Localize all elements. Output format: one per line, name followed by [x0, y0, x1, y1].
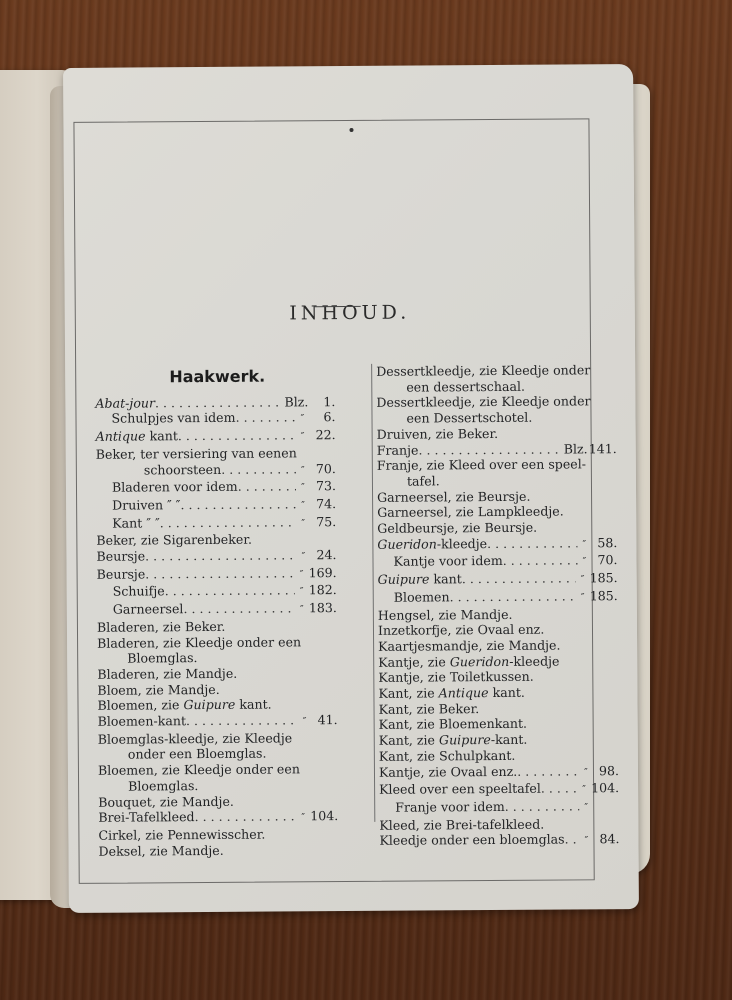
index-column-left: Haakwerk. Abat-jourBlz.1.Schulpjes van i… — [95, 364, 338, 859]
entry-label: onder een Bloemglas. — [128, 746, 267, 763]
index-entry: Bloemen, zie Guipure kant. — [97, 696, 337, 713]
index-entry: Kantje, zie Toiletkussen. — [378, 668, 618, 685]
page-prefix: ″ — [576, 572, 590, 588]
index-entry: Kant, zie Beker. — [378, 700, 618, 717]
page-prefix: Blz. — [283, 394, 309, 410]
entry-label: Beker, zie Sigarenbeker. — [96, 532, 252, 549]
entry-label: Inzetkorfje, zie Ovaal enz. — [378, 622, 544, 639]
entry-label: Dessertkleedje, zie Kleedje onder — [376, 394, 590, 411]
index-entry: Bladeren voor idem″73. — [96, 478, 336, 497]
entry-label: Kantje voor idem — [393, 553, 502, 569]
page-prefix: ″ — [296, 463, 310, 479]
index-entry: Beker, zie Sigarenbeker. — [96, 531, 336, 548]
page-number: 75. — [310, 514, 336, 530]
entry-label: Franje — [377, 442, 419, 458]
entry-label: Bloemglas. — [128, 778, 198, 794]
dot-leader — [565, 832, 580, 848]
dot-leader — [541, 781, 577, 797]
index-entry: Kant ″ ″″75. — [96, 514, 336, 533]
page-number: 41. — [312, 712, 338, 728]
entry-label: Garneersel, zie Beursje. — [377, 488, 530, 505]
entry-label: Bloemen, zie Kleedje onder een — [98, 762, 300, 779]
page-prefix: ″ — [298, 714, 312, 730]
dot-leader — [487, 535, 577, 551]
index-entry: een dessertschaal. — [376, 378, 616, 395]
page-title: INHOUD. — [65, 300, 635, 326]
entry-label: Hengsel, zie Mandje. — [378, 606, 513, 623]
dot-leader — [145, 547, 296, 564]
index-entry: een Dessertschotel. — [376, 409, 616, 426]
index-entry: Dessertkleedje, zie Kleedje onder — [376, 362, 616, 379]
entry-label: Bloemen-kant — [98, 713, 186, 729]
page-number: 104. — [310, 808, 338, 824]
entry-label: Beursje — [97, 566, 146, 582]
index-entry: Kant, zie Schulpkant. — [379, 747, 619, 764]
dot-leader — [186, 712, 298, 728]
page-prefix: ″ — [295, 412, 309, 428]
page-prefix: ″ — [577, 555, 591, 571]
entry-label: Druiven, zie Beker. — [377, 426, 499, 443]
entry-label: Bladeren, zie Mandje. — [97, 666, 237, 683]
index-entry: Kant, zie Bloemenkant. — [379, 716, 619, 733]
page-prefix: ″ — [296, 481, 310, 497]
entry-label: Kant, zie Bloemenkant. — [379, 716, 527, 733]
page-number: 182. — [309, 583, 337, 599]
dot-leader — [195, 809, 297, 825]
index-entry: Kleed over een speeltafel″104. — [379, 780, 619, 799]
entry-label: Beursje — [96, 548, 145, 564]
dot-leader — [155, 394, 283, 411]
index-entry: Kant, zie Guipure-kant. — [379, 731, 619, 748]
index-entry: Beursje″24. — [96, 547, 336, 566]
entry-label: Kant, zie Antique kant. — [378, 685, 525, 702]
dot-leader — [145, 565, 294, 582]
index-entry: Druiven, zie Beker. — [377, 425, 617, 442]
dot-leader — [462, 571, 576, 587]
index-entry: schoorsteen″70. — [96, 461, 336, 480]
entry-label: Kant ″ ″ — [112, 515, 160, 531]
index-entry: onder een Bloemglas. — [98, 746, 338, 763]
dot-leader — [505, 798, 580, 814]
entry-label: schoorsteen — [144, 461, 221, 477]
entry-label: Beker, ter versiering van eenen — [96, 445, 297, 462]
index-entry: Bouquet, zie Mandje. — [98, 793, 338, 810]
index-entry: Bladeren, zie Beker. — [97, 618, 337, 635]
index-entry: Kleedje onder een bloemglas″84. — [379, 832, 619, 851]
entry-label: Brei-Tafelkleed — [98, 809, 194, 825]
index-entry: tafel. — [377, 472, 617, 489]
index-entry: Bloem, zie Mandje. — [97, 681, 337, 698]
index-entry: Franje voor idem″ — [379, 798, 619, 817]
index-entry: Bloemglas. — [98, 777, 338, 794]
entry-label: Bladeren, zie Beker. — [97, 619, 226, 636]
page-prefix: ″ — [296, 811, 310, 827]
index-entry: FranjeBlz.141. — [377, 441, 617, 458]
entry-label: Bloem, zie Mandje. — [97, 682, 219, 699]
dot-leader — [503, 553, 578, 569]
index-entry: Dessertkleedje, zie Kleedje onder — [376, 394, 616, 411]
entry-label: Schuifje — [113, 584, 165, 600]
entry-label: Bladeren, zie Kleedje onder een — [97, 634, 301, 651]
page-prefix: Blz. — [563, 441, 589, 457]
page-prefix: ″ — [295, 585, 309, 601]
index-entry: Kantje, zie Ovaal enz.″98. — [379, 763, 619, 782]
page-number: 58. — [591, 535, 617, 551]
dot-leader — [418, 441, 562, 458]
page-number: 6. — [309, 410, 335, 426]
page-prefix: ″ — [579, 834, 593, 850]
entry-label: Cirkel, zie Pennewisscher. — [98, 827, 265, 844]
entry-label: Bloemglas. — [127, 650, 197, 666]
index-entry: Kleed, zie Brei-tafelkleed. — [379, 816, 619, 833]
page-number: 104. — [591, 780, 619, 796]
entry-label: Kaartjesmandje, zie Mandje. — [378, 637, 560, 654]
index-entry: Bloemen, zie Kleedje onder een — [98, 761, 338, 778]
entry-label: Dessertkleedje, zie Kleedje onder — [376, 362, 590, 379]
index-entry: Deksel, zie Mandje. — [98, 842, 338, 859]
ink-speck — [349, 128, 353, 132]
entry-label: Kantje, zie Ovaal enz. — [379, 763, 517, 780]
index-entry: Franje, zie Kleed over een speel- — [377, 456, 617, 473]
index-entry: Bloemglas. — [97, 649, 337, 666]
index-column-right: Dessertkleedje, zie Kleedje ondereen des… — [371, 362, 619, 822]
page-number: 169. — [308, 565, 336, 581]
index-list-right: Dessertkleedje, zie Kleedje ondereen des… — [376, 362, 619, 851]
entry-label: Kleed, zie Brei-tafelkleed. — [379, 816, 544, 833]
page-prefix: ″ — [579, 765, 593, 781]
entry-label: Bouquet, zie Mandje. — [98, 793, 234, 810]
section-heading: Haakwerk. — [95, 368, 335, 385]
entry-label: Bladeren voor idem — [112, 479, 238, 496]
page-number: 70. — [310, 461, 336, 477]
entry-label: Schulpjes van idem — [111, 410, 235, 427]
entry-label: Kant, zie Schulpkant. — [379, 748, 516, 765]
index-entry: Bladeren, zie Mandje. — [97, 665, 337, 682]
dot-leader — [165, 583, 295, 600]
dot-leader — [178, 427, 296, 444]
index-entry: Garneersel″183. — [97, 600, 337, 619]
index-entry: Abat-jourBlz.1. — [95, 394, 335, 411]
index-entry: Bloemen-kant″41. — [98, 712, 338, 731]
dot-leader — [180, 496, 296, 513]
index-entry: Brei-Tafelkleed″104. — [98, 808, 338, 827]
index-entry: Antique kant″22. — [96, 427, 336, 446]
index-entry: Cirkel, zie Pennewisscher. — [98, 826, 338, 843]
entry-label: Gueridon-kleedje — [377, 536, 487, 552]
entry-label: Kleed over een speeltafel — [379, 781, 541, 798]
entry-label: Kant, zie Beker. — [378, 701, 479, 717]
entry-label: een Dessertschotel. — [406, 410, 532, 427]
page-number: 22. — [310, 427, 336, 443]
page-number: 73. — [310, 478, 336, 494]
index-entry: Kant, zie Antique kant. — [378, 684, 618, 701]
index-entry: Inzetkorfje, zie Ovaal enz. — [378, 621, 618, 638]
page-number: 1. — [309, 394, 335, 410]
index-entry: Bladeren, zie Kleedje onder een — [97, 634, 337, 651]
entry-label: Kantje, zie Gueridon-kleedje — [378, 653, 559, 670]
index-entry: Kaartjesmandje, zie Mandje. — [378, 637, 618, 654]
page-prefix: ″ — [296, 516, 310, 532]
dot-leader — [517, 763, 579, 779]
entry-label: tafel. — [407, 473, 440, 489]
dot-leader — [160, 514, 297, 531]
dot-leader — [450, 588, 576, 605]
entry-label: Kleedje onder een bloemglas — [379, 832, 564, 849]
index-entry: Garneersel, zie Beursje. — [377, 488, 617, 505]
index-list-left: Abat-jourBlz.1.Schulpjes van idem″6.Anti… — [95, 394, 338, 859]
entry-label: Druiven ″ ″ — [112, 497, 180, 513]
index-entry: Schuifje″182. — [97, 583, 337, 602]
index-entry: Bloemen″185. — [378, 588, 618, 607]
page-prefix: ″ — [296, 429, 310, 445]
page-prefix: ″ — [296, 549, 310, 565]
index-entry: Kantje, zie Gueridon-kleedje — [378, 653, 618, 670]
book-page: INHOUD. Haakwerk. Abat-jourBlz.1.Schulpj… — [63, 64, 639, 913]
page-number: 98. — [593, 763, 619, 779]
page-prefix: ″ — [295, 602, 309, 618]
index-entry: Hengsel, zie Mandje. — [378, 606, 618, 623]
entry-label: Franje voor idem — [395, 799, 505, 815]
index-entry: Beker, ter versiering van eenen — [96, 445, 336, 462]
page-prefix: ″ — [296, 498, 310, 514]
page-prefix: ″ — [295, 567, 309, 583]
entry-label: Bloemglas-kleedje, zie Kleedje — [98, 730, 293, 747]
page-prefix: ″ — [579, 800, 593, 816]
entry-label: Guipure kant — [378, 571, 462, 587]
dot-leader — [238, 479, 296, 495]
index-entry: Beursje″169. — [97, 565, 337, 584]
entry-label: Antique kant — [96, 428, 178, 444]
dot-leader — [221, 461, 296, 477]
dot-leader — [183, 601, 294, 617]
index-entry: Kantje voor idem″70. — [377, 553, 617, 572]
page-number: 74. — [310, 496, 336, 512]
page-number: 24. — [310, 547, 336, 563]
index-entry: Guipure kant″185. — [378, 570, 618, 589]
entry-label: Bloemen — [394, 589, 450, 605]
page-number: 141. — [589, 441, 617, 457]
page-number: 70. — [591, 553, 617, 569]
page-number: 84. — [593, 832, 619, 848]
index-entry: Druiven ″ ″″74. — [96, 496, 336, 515]
page-prefix: ″ — [576, 590, 590, 606]
page-number: 185. — [590, 588, 618, 604]
index-entry: Schulpjes van idem″6. — [95, 410, 335, 429]
entry-label: Abat-jour — [95, 395, 155, 411]
page-prefix: ″ — [577, 783, 591, 799]
entry-label: Geldbeursje, zie Beursje. — [377, 520, 537, 537]
dot-leader — [235, 410, 295, 426]
index-entry: Gueridon-kleedje″58. — [377, 535, 617, 554]
page-number: 185. — [590, 570, 618, 586]
page-number: 183. — [309, 600, 337, 616]
entry-label: Franje, zie Kleed over een speel- — [377, 457, 586, 474]
entry-label: Garneersel, zie Lampkleedje. — [377, 504, 564, 521]
entry-label: Kantje, zie Toiletkussen. — [378, 669, 533, 686]
index-entry: Bloemglas-kleedje, zie Kleedje — [98, 730, 338, 747]
entry-label: Garneersel — [113, 601, 184, 617]
index-entry: Garneersel, zie Lampkleedje. — [377, 503, 617, 520]
entry-label: Bloemen, zie Guipure kant. — [97, 697, 271, 714]
index-entry: Geldbeursje, zie Beursje. — [377, 519, 617, 536]
entry-label: Kant, zie Guipure-kant. — [379, 732, 528, 749]
page-prefix: ″ — [577, 537, 591, 553]
entry-label: Deksel, zie Mandje. — [98, 843, 223, 860]
entry-label: een dessertschaal. — [406, 378, 525, 395]
